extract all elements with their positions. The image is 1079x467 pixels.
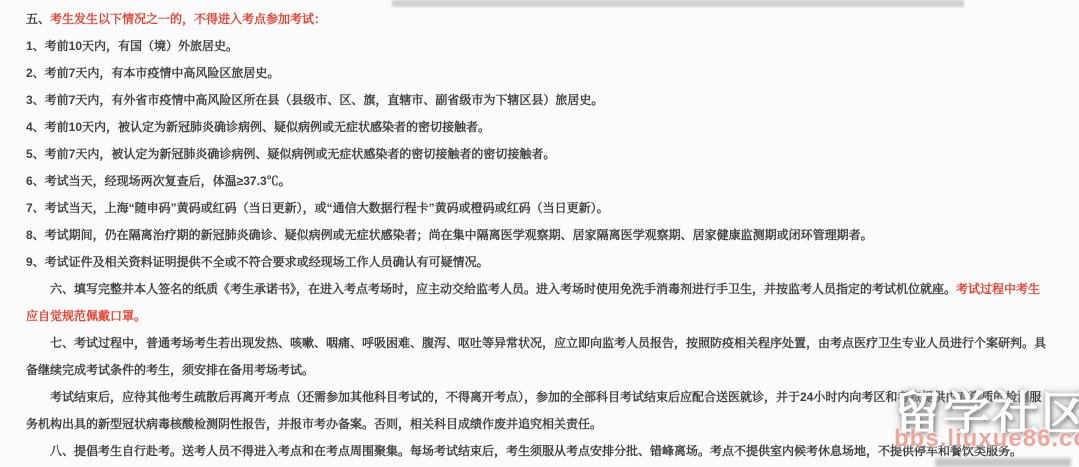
cropped-text-remnant-bottom [935,458,1071,467]
rule-item-4: 4、考前10天内，被认定为新冠肺炎确诊病例、疑似病例或无症状感染者的密切接触者。 [26,114,1052,141]
section6-text: 六、填写完整并本人签名的纸质《考生承诺书》，在进入考点考场时，应主动交给监考人员… [50,282,956,296]
exam-notice-document: 五、考生发生以下情况之一的，不得进入考点参加考试： 1、考前10天内，有国（境）… [0,0,1079,467]
site-watermark: 留学社区 bbs.liuxue86.com [894,390,1079,451]
section6-paragraph: 六、填写完整并本人签名的纸质《考生承诺书》，在进入考点考场时，应主动交给监考人员… [26,276,1052,330]
rule-item-1: 1、考前10天内，有国（境）外旅居史。 [26,33,1052,60]
section7-paragraph: 七、考试过程中，普通考场考生若出现发热、咳嗽、咽痛、呼吸困难、腹泻、呕吐等异常状… [26,330,1052,384]
rule-item-6: 6、考试当天，经现场两次复查后，体温≥37.3℃。 [26,168,1052,195]
rule-item-2: 2、考前7天内，有本市疫情中高风险区旅居史。 [26,60,1052,87]
rule-item-9: 9、考试证件及相关资料证明提供不全或不符合要求或经现场工作人员确认有可疑情况。 [26,249,1052,276]
rule-item-3: 3、考前7天内，有外省市疫情中高风险区所在县（县级市、区、旗，直辖市、副省级市为… [26,87,1052,114]
rule-item-5: 5、考前7天内，被认定为新冠肺炎确诊病例、疑似病例或无症状感染者的密切接触者的密… [26,141,1052,168]
rule-item-8: 8、考试期间，仍在隔离治疗期的新冠肺炎确诊、疑似病例或无症状感染者；尚在集中隔离… [26,222,1052,249]
watermark-url-text: bbs.liuxue86.com [894,427,1079,451]
section5-title: 五、考生发生以下情况之一的，不得进入考点参加考试： [26,6,1052,33]
section5-title-text: 考生发生以下情况之一的，不得进入考点参加考试： [50,12,326,26]
rule-item-7: 7、考试当天，上海“随申码”黄码或红码（当日更新），或“通信大数据行程卡”黄码或… [26,195,1052,222]
section5-title-prefix: 五、 [26,12,50,26]
